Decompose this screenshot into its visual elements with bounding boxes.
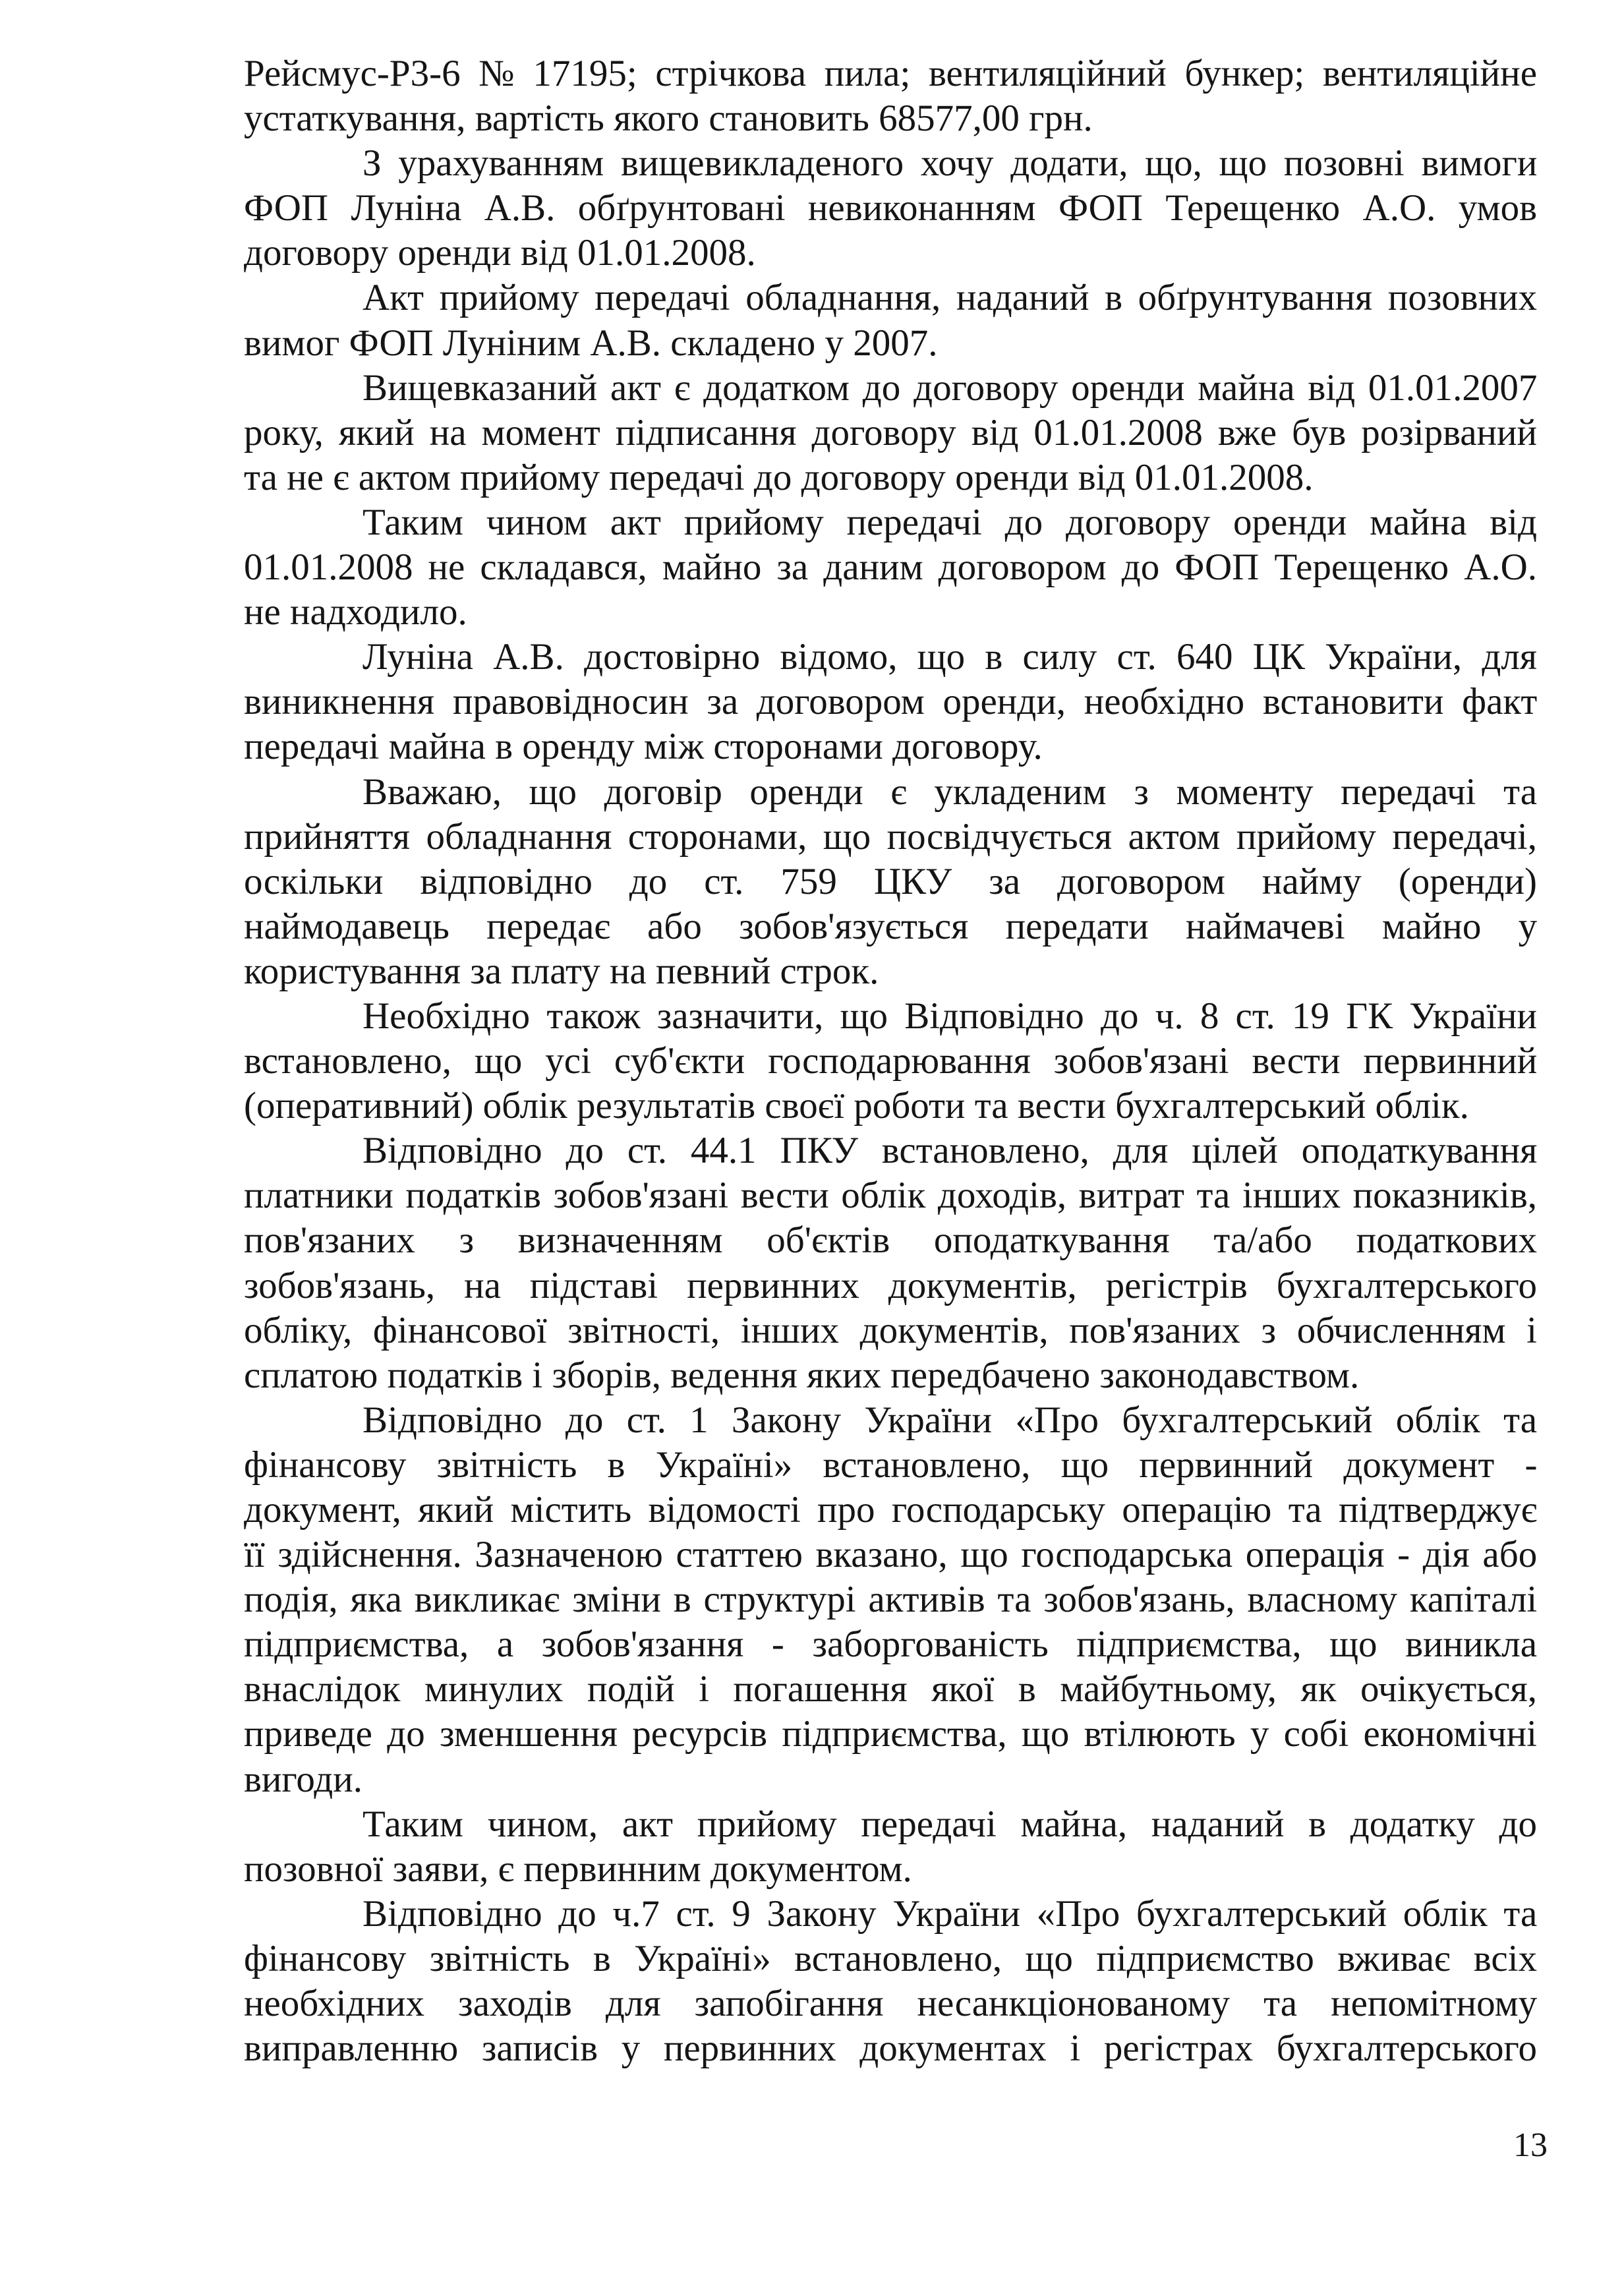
- paragraph: З урахуванням вищевикладеного хочу додат…: [244, 141, 1537, 276]
- paragraph: Рейсмус-Р3-6 № 17195; стрічкова пила; ве…: [244, 51, 1537, 141]
- text-line: Відповідно до ч.7 ст. 9 Закону України «…: [244, 1892, 1537, 1937]
- text-line: пов'язаних з визначенням об'єктів оподат…: [244, 1218, 1537, 1263]
- text-line: наймодавець передає або зобов'язується п…: [244, 904, 1537, 949]
- text-line: передачі майна в оренду між сторонами до…: [244, 724, 1537, 769]
- text-line: підприємства, а зобов'язання - заборгова…: [244, 1622, 1537, 1667]
- text-line: документ, який містить відомості про гос…: [244, 1488, 1537, 1533]
- text-line: (оперативний) облік результатів своєї ро…: [244, 1084, 1537, 1128]
- text-line: Відповідно до ст. 1 Закону України «Про …: [244, 1398, 1537, 1443]
- text-line: необхідних заходів для запобігання несан…: [244, 1981, 1537, 2026]
- text-line: устаткування, вартість якого становить 6…: [244, 96, 1537, 141]
- text-line: Таким чином акт прийому передачі до дого…: [244, 500, 1537, 545]
- text-line: вигоди.: [244, 1757, 1537, 1802]
- text-line: прийняття обладнання сторонами, що посві…: [244, 815, 1537, 860]
- text-line: Необхідно також зазначити, що Відповідно…: [244, 994, 1537, 1039]
- text-line: Акт прийому передачі обладнання, наданий…: [244, 276, 1537, 320]
- text-line: 01.01.2008 не складався, майно за даним …: [244, 545, 1537, 590]
- text-line: не надходило.: [244, 590, 1537, 635]
- paragraph: Необхідно також зазначити, що Відповідно…: [244, 994, 1537, 1128]
- text-line: фінансову звітність в Україні» встановле…: [244, 1937, 1537, 1981]
- paragraph: Відповідно до ст. 1 Закону України «Про …: [244, 1398, 1537, 1802]
- text-line: та не є актом прийому передачі до догово…: [244, 455, 1537, 500]
- paragraph: Відповідно до ч.7 ст. 9 Закону України «…: [244, 1892, 1537, 2071]
- paragraph: Таким чином акт прийому передачі до дого…: [244, 500, 1537, 635]
- document-body: Рейсмус-Р3-6 № 17195; стрічкова пила; ве…: [244, 51, 1537, 2071]
- text-line: Луніна А.В. достовірно відомо, що в силу…: [244, 635, 1537, 680]
- document-page: Рейсмус-Р3-6 № 17195; стрічкова пила; ве…: [0, 0, 1624, 2278]
- text-line: її здійснення. Зазначеною статтею вказан…: [244, 1533, 1537, 1577]
- paragraph: Відповідно до ст. 44.1 ПКУ встановлено, …: [244, 1128, 1537, 1398]
- text-line: вимог ФОП Луніним А.В. складено у 2007.: [244, 321, 1537, 366]
- text-line: З урахуванням вищевикладеного хочу додат…: [244, 141, 1537, 186]
- paragraph: Акт прийому передачі обладнання, наданий…: [244, 276, 1537, 365]
- text-line: ФОП Луніна А.В. обґрунтовані невиконання…: [244, 186, 1537, 231]
- text-line: сплатою податків і зборів, ведення яких …: [244, 1353, 1537, 1398]
- paragraph: Вищевказаний акт є додатком до договору …: [244, 366, 1537, 500]
- text-line: оскільки відповідно до ст. 759 ЦКУ за до…: [244, 860, 1537, 904]
- text-line: Рейсмус-Р3-6 № 17195; стрічкова пила; ве…: [244, 51, 1537, 96]
- paragraph: Вважаю, що договір оренди є укладеним з …: [244, 770, 1537, 994]
- text-line: року, який на момент підписання договору…: [244, 411, 1537, 455]
- text-line: приведе до зменшення ресурсів підприємст…: [244, 1712, 1537, 1757]
- text-line: виправленню записів у первинних документ…: [244, 2026, 1537, 2071]
- text-line: Вищевказаний акт є додатком до договору …: [244, 366, 1537, 411]
- text-line: користування за плату на певний строк.: [244, 949, 1537, 994]
- text-line: встановлено, що усі суб'єкти господарюва…: [244, 1039, 1537, 1084]
- text-line: Вважаю, що договір оренди є укладеним з …: [244, 770, 1537, 815]
- page-number: 13: [1513, 2126, 1548, 2165]
- text-line: подія, яка викликає зміни в структурі ак…: [244, 1577, 1537, 1622]
- text-line: Відповідно до ст. 44.1 ПКУ встановлено, …: [244, 1128, 1537, 1173]
- text-line: виникнення правовідносин за договором ор…: [244, 680, 1537, 724]
- text-line: фінансову звітність в Україні» встановле…: [244, 1443, 1537, 1488]
- text-line: внаслідок минулих подій і погашення якої…: [244, 1667, 1537, 1712]
- text-line: позовної заяви, є первинним документом.: [244, 1847, 1537, 1892]
- paragraph: Таким чином, акт прийому передачі майна,…: [244, 1802, 1537, 1892]
- text-line: договору оренди від 01.01.2008.: [244, 231, 1537, 276]
- text-line: Таким чином, акт прийому передачі майна,…: [244, 1802, 1537, 1847]
- text-line: платники податків зобов'язані вести облі…: [244, 1173, 1537, 1218]
- text-line: обліку, фінансової звітності, інших доку…: [244, 1308, 1537, 1353]
- text-line: зобов'язань, на підставі первинних докум…: [244, 1264, 1537, 1308]
- paragraph: Луніна А.В. достовірно відомо, що в силу…: [244, 635, 1537, 769]
